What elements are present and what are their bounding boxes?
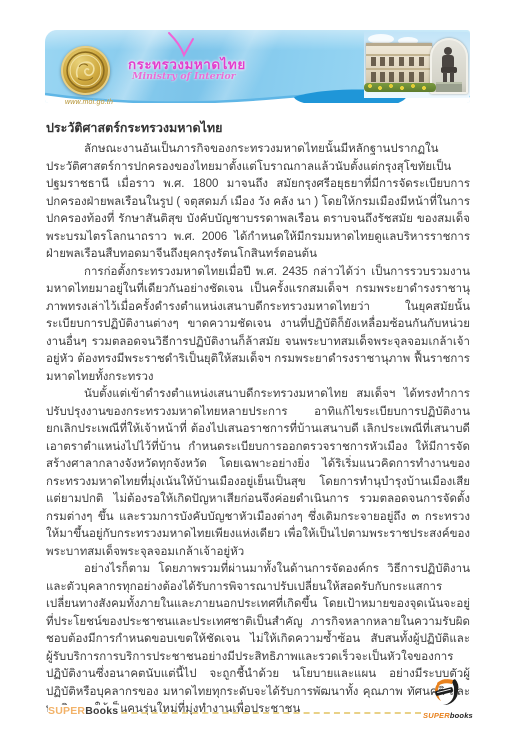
article-paragraph-3: นับตั้งแต่เข้าดำรงตำแหน่งเสนาบดีกระทรวงม… <box>46 386 470 561</box>
article-paragraph-4: อย่างไรก็ตาม โดยภาพรวมที่ผ่านมาทั้งในด้า… <box>46 561 470 719</box>
damrong-statue-silhouette <box>435 46 463 86</box>
article-heading: ประวัติศาสตร์กระทรวงมหาดไทย <box>46 118 470 138</box>
banner-title-english: Ministry of Interior <box>132 71 236 82</box>
singha-emblem <box>65 50 106 91</box>
building-facade <box>366 43 432 86</box>
ministry-website-url: www.moi.go.th <box>53 99 125 106</box>
article-paragraph-1: ลักษณะงานอันเป็นภารกิจของกระทรวงมหาดไทยน… <box>46 141 470 264</box>
footer-brand-text: SUPERBooks <box>48 705 121 717</box>
ministry-seal-icon <box>61 46 110 95</box>
superbooks-logo-word: SUPERbooks <box>423 711 469 720</box>
article-paragraph-2: การก่อตั้งกระทรวงมหาดไทยเมื่อปี พ.ศ. 243… <box>46 264 470 387</box>
logo-word-books: books <box>450 711 473 720</box>
article-body: ประวัติศาสตร์กระทรวงมหาดไทย ลักษณะงานอัน… <box>46 118 470 719</box>
moi-header-banner: www.moi.go.th กระทรวงมหาดไทย Ministry of… <box>45 30 470 103</box>
banner-accent-tick-icon <box>167 31 209 59</box>
logo-word-super: SUPER <box>423 711 450 720</box>
superbooks-logo-icon <box>429 677 463 707</box>
ministry-building-image <box>364 32 470 98</box>
flower-hedge <box>364 83 436 92</box>
footer-brand-super: SUPER <box>48 705 85 717</box>
superbooks-logo: SUPERbooks <box>423 677 469 719</box>
statue-pedestal <box>436 82 462 92</box>
footer-divider <box>101 712 421 714</box>
footer-brand-books: Books <box>85 705 118 717</box>
